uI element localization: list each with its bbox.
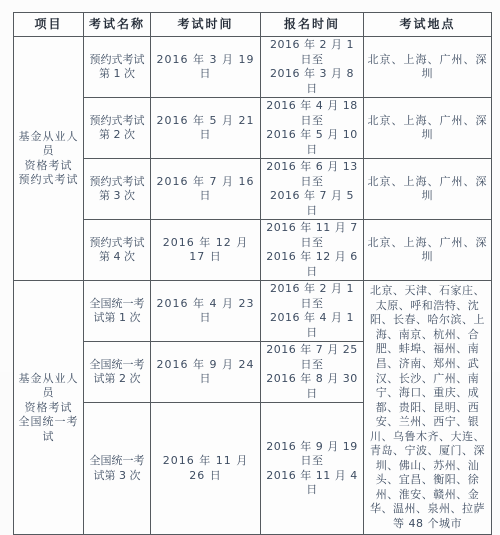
exam-date-cell: 2016 年 5 月 21 日 [151,98,261,159]
header-cell-project: 项目 [14,13,84,37]
registration-period-cell: 2016 年 9 月 19 日至 2016 年 11 月 4 日 [261,403,364,535]
exam-date-cell: 2016 年 9 月 24 日 [151,342,261,403]
project-cell-appointment-exam: 基金从业人员 资格考试 预约式考试 [14,37,84,281]
table-row: 基金从业人员 资格考试 全国统一考试 全国统一考 试第 1 次 2016 年 4… [14,281,492,342]
exam-name-cell: 全国统一考 试第 3 次 [84,403,151,535]
exam-name-cell: 预约式考试 第 4 次 [84,220,151,281]
exam-date-cell: 2016 年 11 月 26 日 [151,403,261,535]
exam-name-cell: 预约式考试 第 1 次 [84,37,151,98]
exam-date-cell: 2016 年 12 月 17 日 [151,220,261,281]
registration-period-cell: 2016 年 2 月 1 日至 2016 年 3 月 8 日 [261,37,364,98]
header-row: 项目 考试名称 考试时间 报名时间 考试地点 [14,13,492,37]
registration-period-cell: 2016 年 11 月 7 日至 2016 年 12 月 6 日 [261,220,364,281]
table-row: 基金从业人员 资格考试 预约式考试 预约式考试 第 1 次 2016 年 3 月… [14,37,492,98]
header-cell-exam-location: 考试地点 [364,13,492,37]
exam-name-cell: 预约式考试 第 2 次 [84,98,151,159]
location-cell: 北京、上海、广州、深圳 [364,98,492,159]
header-cell-exam-name: 考试名称 [84,13,151,37]
registration-period-cell: 2016 年 2 月 1 日至 2016 年 4 月 1 日 [261,281,364,342]
header-cell-exam-time: 考试时间 [151,13,261,37]
exam-schedule-table: 项目 考试名称 考试时间 报名时间 考试地点 基金从业人员 资格考试 预约式考试… [13,12,492,535]
project-cell-national-unified-exam: 基金从业人员 资格考试 全国统一考试 [14,281,84,535]
exam-schedule-page: 项目 考试名称 考试时间 报名时间 考试地点 基金从业人员 资格考试 预约式考试… [0,0,500,372]
registration-period-cell: 2016 年 7 月 25 日至 2016 年 8 月 30 日 [261,342,364,403]
exam-name-cell: 全国统一考 试第 2 次 [84,342,151,403]
location-cell: 北京、上海、广州、深圳 [364,159,492,220]
location-cell: 北京、上海、广州、深圳 [364,220,492,281]
registration-period-cell: 2016 年 6 月 13 日至 2016 年 7 月 5 日 [261,159,364,220]
exam-name-cell: 全国统一考 试第 1 次 [84,281,151,342]
location-cell: 北京、上海、广州、深圳 [364,37,492,98]
header-cell-registration-time: 报名时间 [261,13,364,37]
location-cell-48-cities: 北京、天津、石家庄、太原、呼和浩特、沈阳、长春、哈尔滨、上海、南京、杭州、合肥、… [364,281,492,535]
exam-date-cell: 2016 年 7 月 16 日 [151,159,261,220]
table-row: 预约式考试 第 2 次 2016 年 5 月 21 日 2016 年 4 月 1… [14,98,492,159]
table-row: 预约式考试 第 3 次 2016 年 7 月 16 日 2016 年 6 月 1… [14,159,492,220]
exam-name-cell: 预约式考试 第 3 次 [84,159,151,220]
registration-period-cell: 2016 年 4 月 18 日至 2016 年 5 月 10 日 [261,98,364,159]
table-row: 预约式考试 第 4 次 2016 年 12 月 17 日 2016 年 11 月… [14,220,492,281]
exam-date-cell: 2016 年 4 月 23 日 [151,281,261,342]
exam-date-cell: 2016 年 3 月 19 日 [151,37,261,98]
